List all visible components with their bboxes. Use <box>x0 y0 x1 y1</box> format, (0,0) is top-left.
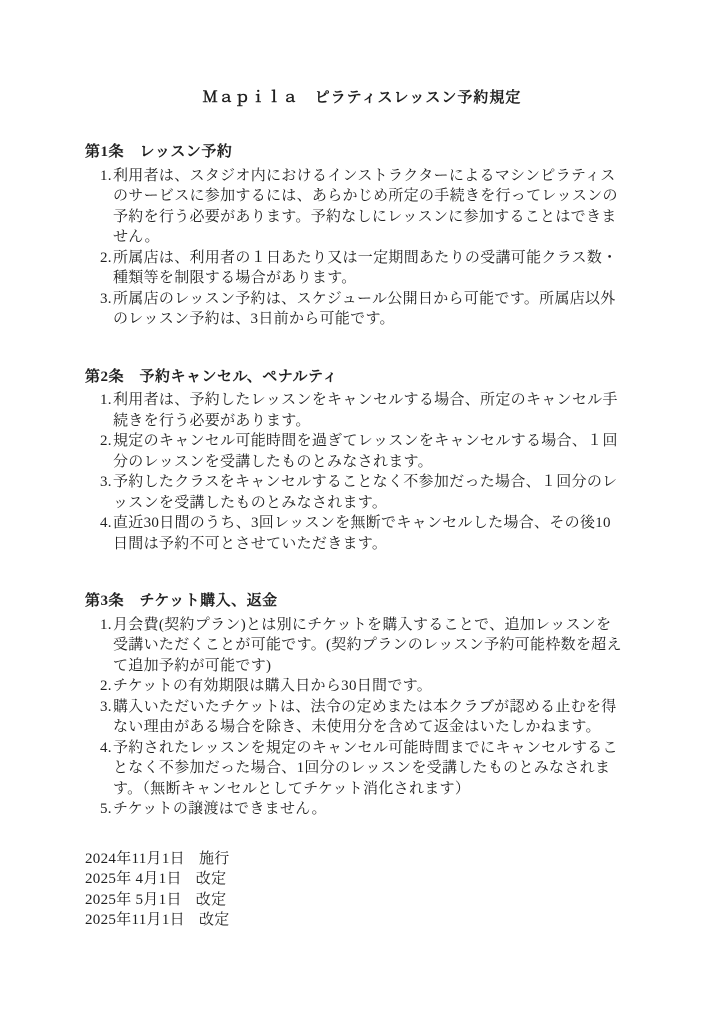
list-item: 2. チケットの有効期限は購入日から30日間です。 <box>85 676 623 697</box>
item-text: 所属店は、利用者の１日あたり又は一定期間あたりの受講可能クラス数・種類等を制限す… <box>113 250 617 287</box>
item-number: 2. <box>100 431 112 452</box>
item-number: 1. <box>100 166 112 187</box>
item-number: 5. <box>100 799 112 820</box>
list-item: 2. 所属店は、利用者の１日あたり又は一定期間あたりの受講可能クラス数・種類等を… <box>85 248 623 289</box>
document-body: 第1条 レッスン予約 1. 利用者は、スタジオ内におけるインストラクターによるマ… <box>85 142 623 931</box>
item-number: 3. <box>100 472 112 493</box>
section-article-2: 第2条 予約キャンセル、ペナルティ 1. 利用者は、予約したレッスンをキャンセル… <box>85 367 623 555</box>
list-item: 2. 規定のキャンセル可能時間を過ぎてレッスンをキャンセルする場合、１回分のレッ… <box>85 431 623 472</box>
section-heading: 第3条 チケット購入、返金 <box>85 591 623 612</box>
item-text: 規定のキャンセル可能時間を過ぎてレッスンをキャンセルする場合、１回分のレッスンを… <box>113 433 618 470</box>
list-item: 1. 利用者は、予約したレッスンをキャンセルする場合、所定のキャンセル手続きを行… <box>85 390 623 431</box>
item-list: 1. 月会費(契約プラン)とは別にチケットを購入することで、追加レッスンを受講い… <box>85 615 623 820</box>
list-item: 3. 予約したクラスをキャンセルすることなく不参加だった場合、１回分のレッスンを… <box>85 472 623 513</box>
section-heading: 第1条 レッスン予約 <box>85 142 623 163</box>
list-item: 4. 直近30日間のうち、3回レッスンを無断でキャンセルした場合、その後10日間… <box>85 513 623 554</box>
item-number: 4. <box>100 738 112 759</box>
item-number: 1. <box>100 615 112 636</box>
item-text: チケットの譲渡はできません。 <box>113 801 327 817</box>
item-number: 2. <box>100 676 112 697</box>
item-text: 購入いただいたチケットは、法令の定めまたは本クラブが認める止むを得ない理由がある… <box>113 699 617 736</box>
revision-date: 2025年11月1日 <box>85 912 185 928</box>
item-text: 利用者は、スタジオ内におけるインストラクターによるマシンピラティスのサービスに参… <box>113 168 618 246</box>
section-heading: 第2条 予約キャンセル、ペナルティ <box>85 367 623 388</box>
item-number: 1. <box>100 390 112 411</box>
item-text: チケットの有効期限は購入日から30日間です。 <box>113 678 432 694</box>
document-page: Ｍａｐｉｌａ ピラティスレッスン予約規定 第1条 レッスン予約 1. 利用者は、… <box>0 0 724 1024</box>
revision-date: 2024年11月1日 <box>85 851 185 867</box>
item-list: 1. 利用者は、予約したレッスンをキャンセルする場合、所定のキャンセル手続きを行… <box>85 390 623 554</box>
revision-history: 2024年11月1日施行 2025年 4月1日改定 2025年 5月1日改定 2… <box>85 849 623 931</box>
item-text: 利用者は、予約したレッスンをキャンセルする場合、所定のキャンセル手続きを行う必要… <box>113 392 618 429</box>
list-item: 3. 所属店のレッスン予約は、スケジュール公開日から可能です。所属店以外のレッス… <box>85 289 623 330</box>
item-text: 月会費(契約プラン)とは別にチケットを購入することで、追加レッスンを受講いただく… <box>113 617 622 674</box>
page-title: Ｍａｐｉｌａ ピラティスレッスン予約規定 <box>0 0 724 108</box>
list-item: 1. 利用者は、スタジオ内におけるインストラクターによるマシンピラティスのサービ… <box>85 166 623 248</box>
item-text: 予約されたレッスンを規定のキャンセル可能時間までにキャンセルすることなく不参加だ… <box>113 740 618 797</box>
revision-label: 改定 <box>196 871 227 887</box>
section-article-3: 第3条 チケット購入、返金 1. 月会費(契約プラン)とは別にチケットを購入する… <box>85 591 623 820</box>
item-text: 所属店のレッスン予約は、スケジュール公開日から可能です。所属店以外のレッスン予約… <box>113 291 616 328</box>
revision-label: 改定 <box>196 892 227 908</box>
revision-line: 2025年 4月1日改定 <box>85 869 623 890</box>
section-article-1: 第1条 レッスン予約 1. 利用者は、スタジオ内におけるインストラクターによるマ… <box>85 142 623 330</box>
item-number: 3. <box>100 289 112 310</box>
list-item: 3. 購入いただいたチケットは、法令の定めまたは本クラブが認める止むを得ない理由… <box>85 697 623 738</box>
item-number: 4. <box>100 513 112 534</box>
item-number: 3. <box>100 697 112 718</box>
revision-line: 2025年11月1日改定 <box>85 910 623 931</box>
item-text: 予約したクラスをキャンセルすることなく不参加だった場合、１回分のレッスンを受講し… <box>113 474 617 511</box>
revision-line: 2024年11月1日施行 <box>85 849 623 870</box>
list-item: 5. チケットの譲渡はできません。 <box>85 799 623 820</box>
list-item: 1. 月会費(契約プラン)とは別にチケットを購入することで、追加レッスンを受講い… <box>85 615 623 677</box>
item-number: 2. <box>100 248 112 269</box>
list-item: 4. 予約されたレッスンを規定のキャンセル可能時間までにキャンセルすることなく不… <box>85 738 623 800</box>
revision-label: 改定 <box>199 912 230 928</box>
item-list: 1. 利用者は、スタジオ内におけるインストラクターによるマシンピラティスのサービ… <box>85 166 623 330</box>
revision-date: 2025年 5月1日 <box>85 892 182 908</box>
revision-date: 2025年 4月1日 <box>85 871 182 887</box>
revision-line: 2025年 5月1日改定 <box>85 890 623 911</box>
revision-label: 施行 <box>199 851 230 867</box>
item-text: 直近30日間のうち、3回レッスンを無断でキャンセルした場合、その後10日間は予約… <box>113 515 611 552</box>
